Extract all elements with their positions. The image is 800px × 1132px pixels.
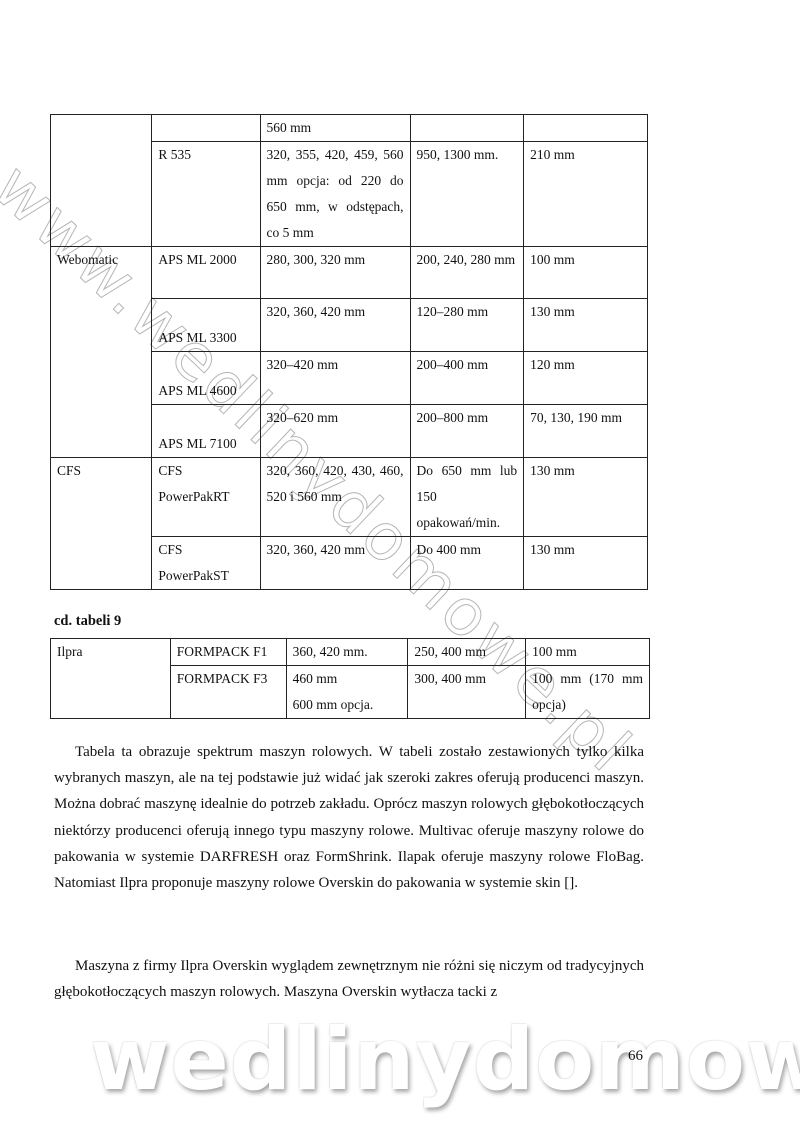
widths-cell: 460 mm 600 mm opcja.	[286, 666, 408, 719]
table-row: Webomatic APS ML 2000 280, 300, 320 mm 2…	[51, 247, 648, 299]
depth-cell: 130 mm	[524, 537, 648, 590]
model-cell: APS ML 2000	[152, 247, 260, 299]
depth-cell: 120 mm	[524, 352, 648, 405]
length-cell: 200–800 mm	[410, 405, 524, 458]
model-cell: APS ML 3300	[152, 299, 260, 352]
model-cell: CFS PowerPakRT	[152, 458, 260, 537]
depth-cell: 100 mm	[526, 639, 650, 666]
widths-cell: 320, 360, 420 mm	[260, 299, 410, 352]
document-page: www.wedlinydomowe.pl 560 mm R 535 320, 3…	[0, 0, 800, 1132]
model-cell: APS ML 4600	[152, 352, 260, 405]
depth-cell	[524, 115, 648, 142]
producer-cell: CFS	[51, 458, 152, 590]
table-row: CFS CFS PowerPakRT 320, 360, 420, 430, 4…	[51, 458, 648, 537]
model-cell: APS ML 7100	[152, 405, 260, 458]
widths-cell: 360, 420 mm.	[286, 639, 408, 666]
length-cell: 200, 240, 280 mm	[410, 247, 524, 299]
table-row: 560 mm	[51, 115, 648, 142]
producer-cell	[51, 115, 152, 247]
depth-cell: 70, 130, 190 mm	[524, 405, 648, 458]
ilpra-table: Ilpra FORMPACK F1 360, 420 mm. 250, 400 …	[50, 638, 650, 719]
length-cell: 950, 1300 mm.	[410, 142, 524, 247]
machines-table-continued: 560 mm R 535 320, 355, 420, 459, 560 mm …	[50, 114, 648, 590]
widths-cell: 320–620 mm	[260, 405, 410, 458]
depth-cell: 100 mm	[524, 247, 648, 299]
model-cell: FORMPACK F3	[170, 666, 286, 719]
widths-cell: 560 mm	[260, 115, 410, 142]
widths-line: 460 mm	[293, 666, 402, 692]
table-continuation-caption: cd. tabeli 9	[54, 613, 121, 630]
widths-line: 600 mm opcja.	[293, 692, 402, 718]
depth-cell: 130 mm	[524, 299, 648, 352]
length-cell: 250, 400 mm	[408, 639, 526, 666]
length-cell: 300, 400 mm	[408, 666, 526, 719]
widths-cell: 320, 360, 420, 430, 460, 520 i 560 mm	[260, 458, 410, 537]
model-cell: R 535	[152, 142, 260, 247]
page-number: 66	[628, 1048, 643, 1065]
widths-cell: 320–420 mm	[260, 352, 410, 405]
widths-cell: 320, 355, 420, 459, 560 mm opcja: od 220…	[260, 142, 410, 247]
depth-cell: 210 mm	[524, 142, 648, 247]
model-cell: CFS PowerPakST	[152, 537, 260, 590]
length-cell: 120–280 mm	[410, 299, 524, 352]
depth-cell: 130 mm	[524, 458, 648, 537]
body-paragraph: Maszyna z firmy Ilpra Overskin wyglądem …	[54, 953, 644, 1005]
widths-cell: 320, 360, 420 mm	[260, 537, 410, 590]
producer-cell: Ilpra	[51, 639, 171, 719]
body-paragraph: Tabela ta obrazuje spektrum maszyn rolow…	[54, 739, 644, 896]
model-cell: FORMPACK F1	[170, 639, 286, 666]
widths-cell: 280, 300, 320 mm	[260, 247, 410, 299]
length-cell: 200–400 mm	[410, 352, 524, 405]
model-cell	[152, 115, 260, 142]
bottom-watermark: wedlinydomowe.pl	[90, 1010, 800, 1110]
length-cell: Do 650 mm lub 150 opakowań/min.	[410, 458, 524, 537]
producer-cell: Webomatic	[51, 247, 152, 458]
length-cell	[410, 115, 524, 142]
table-row: Ilpra FORMPACK F1 360, 420 mm. 250, 400 …	[51, 639, 650, 666]
length-cell: Do 400 mm	[410, 537, 524, 590]
depth-cell: 100 mm (170 mm opcja)	[526, 666, 650, 719]
